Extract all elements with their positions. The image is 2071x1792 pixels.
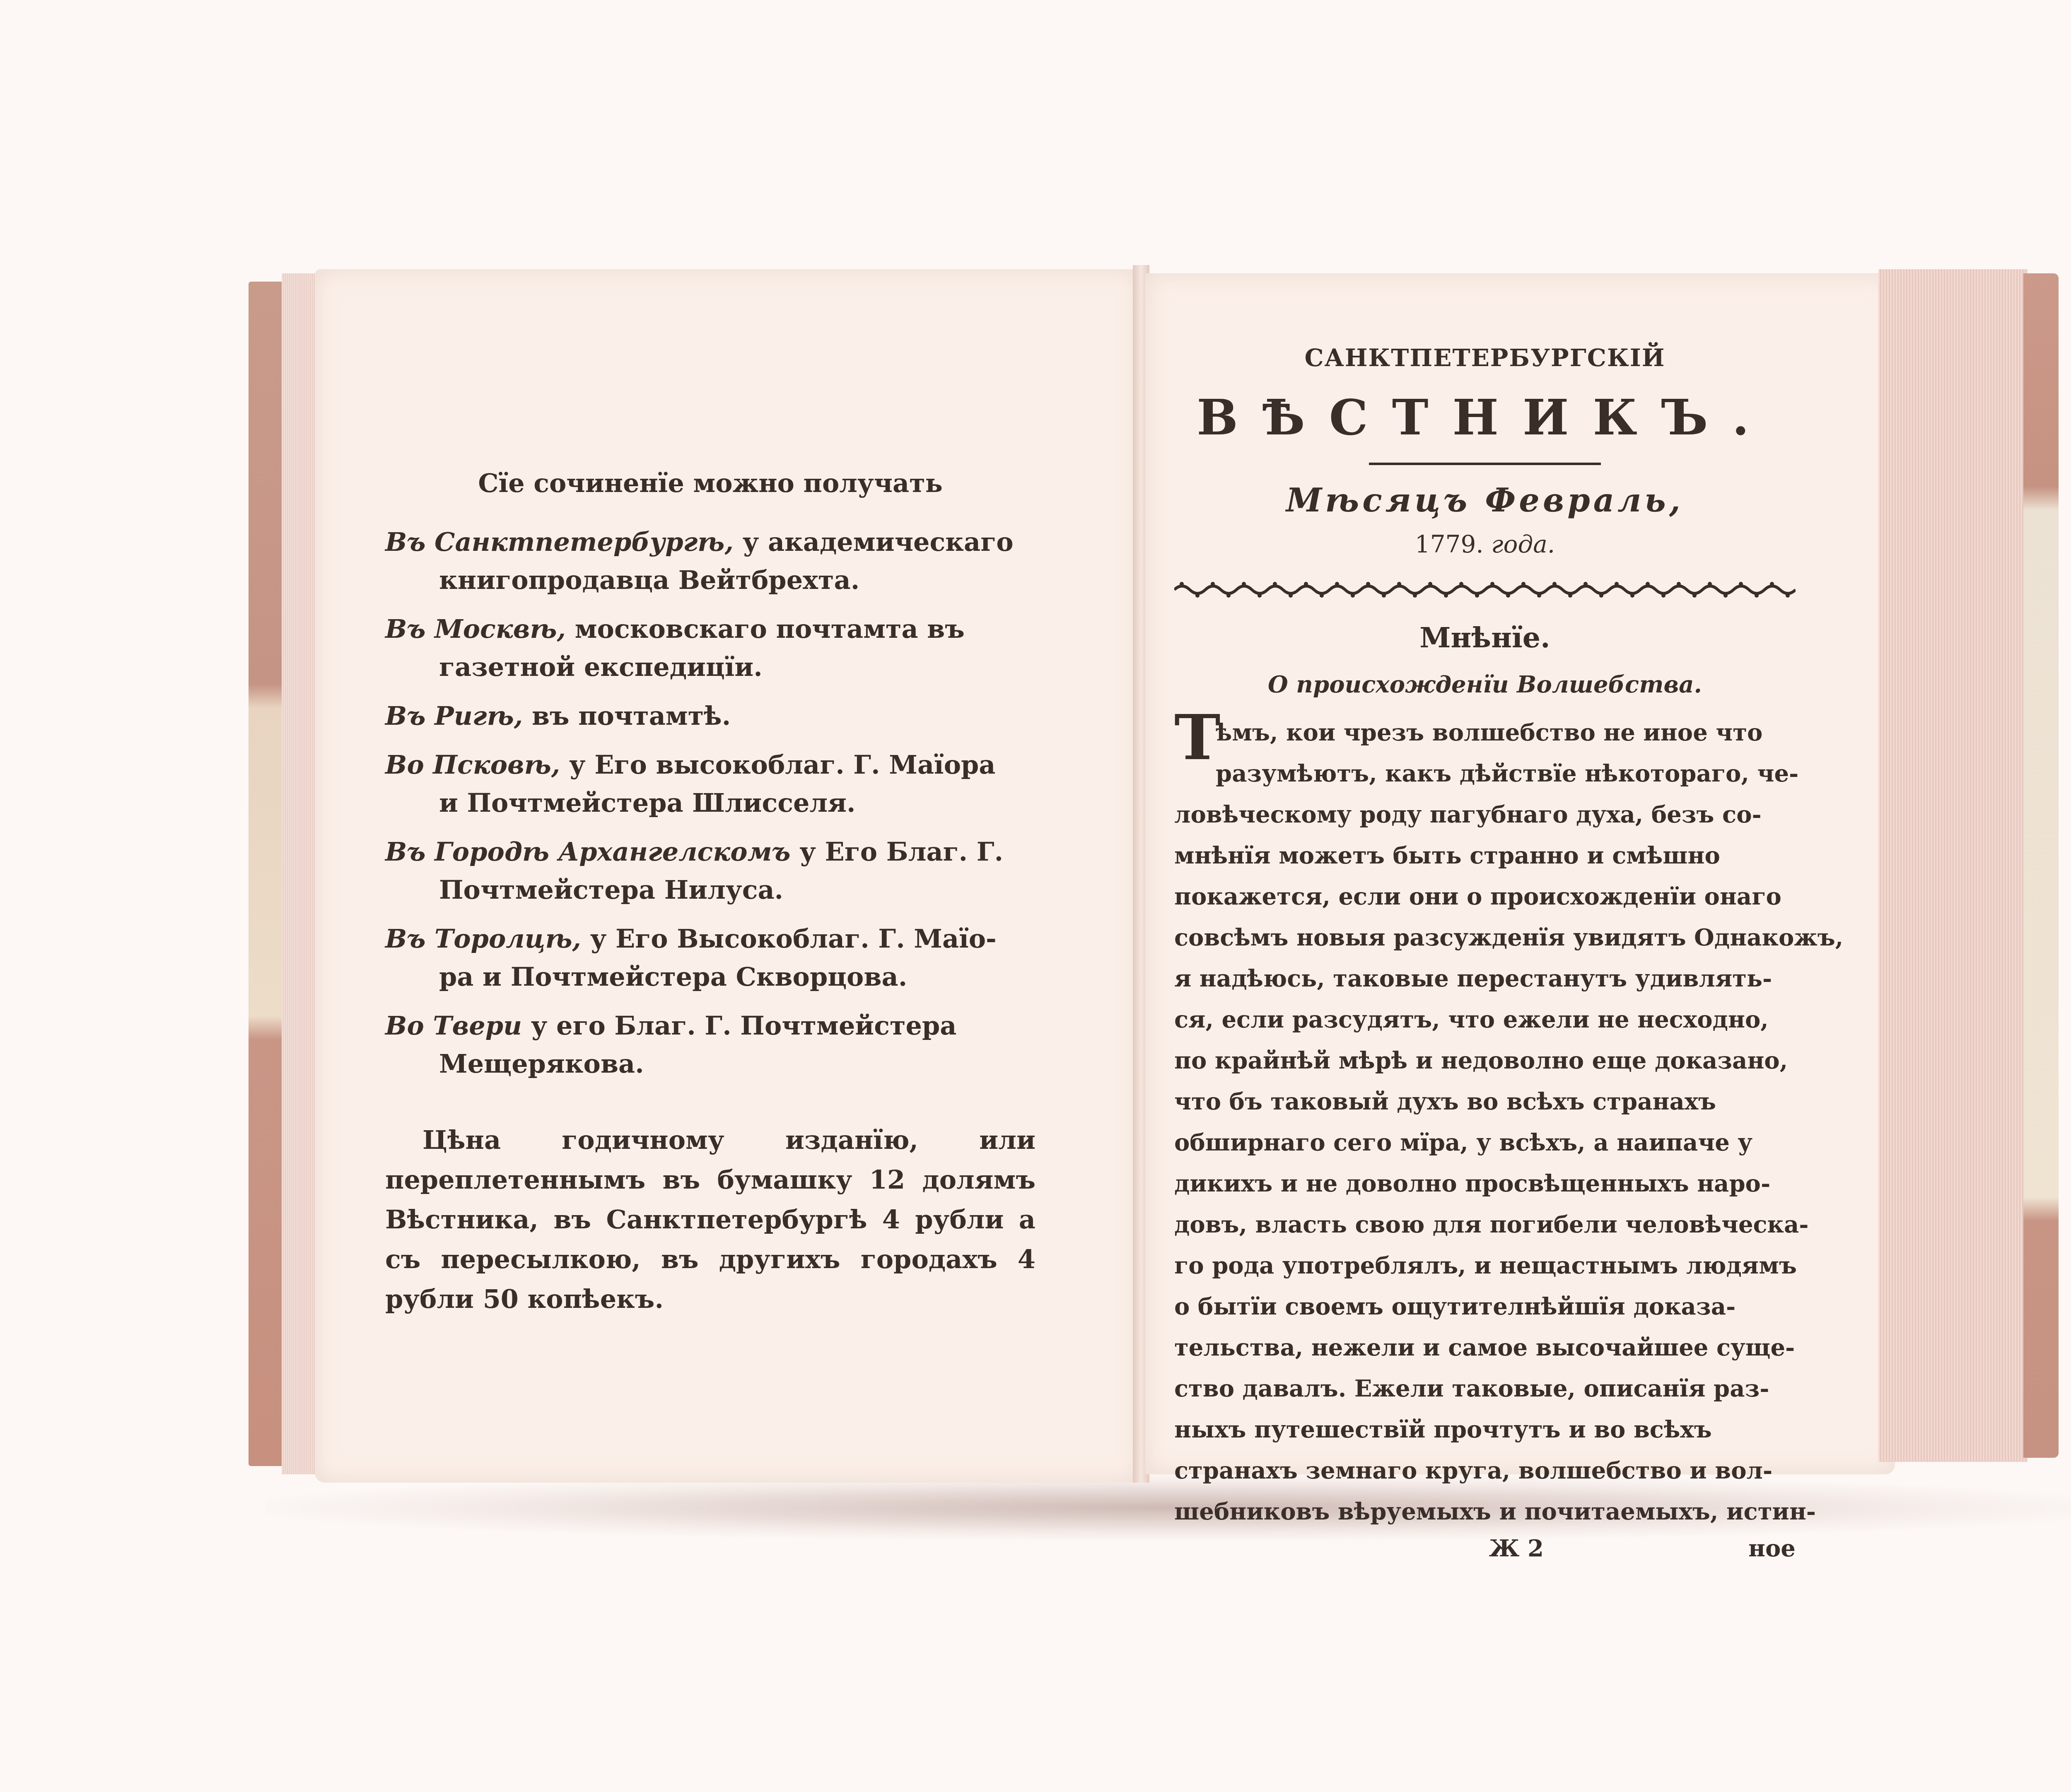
location-detail: у Его Высокоблаг. Г. Маїо- <box>590 924 997 954</box>
body-line-text: довъ, власть свою для погибели человѣчес… <box>1174 1204 1809 1245</box>
article-subtitle: О происхожденїи Волшебства. <box>1174 671 1796 698</box>
body-line: что бъ таковый духъ во всѣхъ странахъ <box>1174 1081 1796 1122</box>
location-entry: Во Псковѣ, у Его высокоблаг. Г. Маїора и… <box>385 746 1035 822</box>
body-line: ся, если разсудятъ, что ежели не несходн… <box>1174 999 1796 1040</box>
location-continuation: и Почтмейстера Шлисселя. <box>385 784 1035 822</box>
location-continuation: газетной експедицїи. <box>385 648 1035 686</box>
right-page-content: САНКТПЕТЕРБУРГСКІЙ ВѢСТНИКЪ. Мѣсяцъ Февр… <box>1174 344 1796 1562</box>
body-line: тельства, нежели и самое высочайшее суще… <box>1174 1327 1796 1368</box>
body-line-text: тельства, нежели и самое высочайшее суще… <box>1174 1327 1795 1368</box>
vine-ornament-divider-icon <box>1174 581 1796 598</box>
article-body: Т ѣмъ, кои чрезъ волшебство не иное что … <box>1174 712 1796 1532</box>
location-entry: Въ Торолцѣ, у Его Высокоблаг. Г. Маїо- р… <box>385 920 1035 996</box>
right-page: САНКТПЕТЕРБУРГСКІЙ ВѢСТНИКЪ. Мѣсяцъ Февр… <box>1145 273 1895 1474</box>
body-line: ловѣческому роду пагубнаго духа, безъ со… <box>1174 794 1796 835</box>
article-title: Мнѣнїе. <box>1174 621 1796 654</box>
year-number: 1779. <box>1415 530 1484 558</box>
body-line-text: шебниковъ вѣруемыхъ и почитаемыхъ, истин… <box>1174 1491 1816 1532</box>
body-line: Т ѣмъ, кои чрезъ волшебство не иное что <box>1174 712 1796 753</box>
location-continuation: Почтмейстера Нилуса. <box>385 871 1035 909</box>
body-line-text: что бъ таковый духъ во всѣхъ странахъ <box>1174 1081 1716 1122</box>
location-detail: у академическаго <box>743 527 1014 557</box>
body-line-text: мнѣнїя можетъ быть странно и смѣшно <box>1174 835 1720 876</box>
body-line: мнѣнїя можетъ быть странно и смѣшно <box>1174 835 1796 876</box>
location-continuation: Мещерякова. <box>385 1045 1035 1083</box>
body-line: по крайнѣй мѣрѣ и недоволно еще доказано… <box>1174 1040 1796 1081</box>
left-page: Сїе сочиненїе можно получать Въ Санктпет… <box>315 269 1139 1483</box>
location-detail: у Его Благ. Г. <box>799 837 1003 867</box>
body-line: ныхъ путешествїй прочтутъ и во всѣхъ <box>1174 1409 1796 1450</box>
location-detail: въ почтамтѣ. <box>532 701 731 731</box>
body-line-text: ловѣческому роду пагубнаго духа, безъ со… <box>1174 794 1762 835</box>
body-line: го рода употреблялъ, и нещастнымъ людямъ <box>1174 1245 1796 1286</box>
location-detail: московскаго почтамта въ <box>575 614 965 644</box>
right-page-edges <box>1878 269 2028 1462</box>
masthead-title: ВѢСТНИКЪ. <box>1174 388 1796 446</box>
location-continuation: книгопродавца Вейтбрехта. <box>385 561 1035 599</box>
price-paragraph: Цѣна годичному изданїю, или переплетенны… <box>385 1120 1035 1319</box>
location-city: Въ Ригѣ, <box>385 701 523 731</box>
location-city: Во Твери <box>385 1011 522 1041</box>
body-line-text: ныхъ путешествїй прочтутъ и во всѣхъ <box>1174 1409 1712 1450</box>
body-line: обширнаго сего мїра, у всѣхъ, а наипаче … <box>1174 1122 1796 1163</box>
body-line: покажется, если они о происхожденїи онаг… <box>1174 876 1796 917</box>
location-continuation: ра и Почтмейстера Скворцова. <box>385 958 1035 996</box>
body-line: странахъ земнаго круга, волшебство и вол… <box>1174 1450 1796 1491</box>
issue-month: Мѣсяцъ Февраль, <box>1174 482 1796 519</box>
body-line: шебниковъ вѣруемыхъ и почитаемыхъ, истин… <box>1174 1491 1796 1532</box>
location-detail: у Его высокоблаг. Г. Маїора <box>569 750 996 780</box>
location-city: Во Псковѣ, <box>385 750 560 780</box>
body-line-text: ся, если разсудятъ, что ежели не несходн… <box>1174 999 1769 1040</box>
location-entry: Въ Санктпетербургѣ, у академическаго кни… <box>385 523 1035 599</box>
catchword: ное <box>1748 1535 1796 1562</box>
body-line: разумѣютъ, какъ дѣйствїе нѣкотораго, че- <box>1174 753 1796 794</box>
location-city: Въ Городѣ Архангелскомъ <box>385 837 791 867</box>
right-cover <box>2023 273 2059 1458</box>
year-word: года. <box>1491 530 1555 558</box>
issue-year: 1779. года. <box>1174 530 1796 558</box>
open-book: Сїе сочиненїе можно получать Въ Санктпет… <box>232 257 2071 1491</box>
body-line: совсѣмъ новыя разсужденїя увидятъ Однако… <box>1174 917 1796 958</box>
availability-header: Сїе сочиненїе можно получать <box>385 468 1035 498</box>
body-line-text: ѣмъ, кои чрезъ волшебство не иное что <box>1216 712 1762 753</box>
body-line: я надѣюсь, таковые перестанутъ удивлять- <box>1174 958 1796 999</box>
body-line-text: по крайнѣй мѣрѣ и недоволно еще доказано… <box>1174 1040 1788 1081</box>
body-line-text: странахъ земнаго круга, волшебство и вол… <box>1174 1450 1772 1491</box>
body-line-text: покажется, если они о происхожденїи онаг… <box>1174 876 1781 917</box>
location-city: Въ Торолцѣ, <box>385 924 581 954</box>
title-rule-divider <box>1369 463 1601 465</box>
body-line-text: разумѣютъ, какъ дѣйствїе нѣкотораго, че- <box>1216 753 1798 794</box>
masthead-subtitle: САНКТПЕТЕРБУРГСКІЙ <box>1174 344 1796 372</box>
page-footer: Ж 2 ное <box>1174 1535 1796 1562</box>
location-entry: Въ Городѣ Архангелскомъ у Его Благ. Г. П… <box>385 833 1035 909</box>
location-entry: Во Твери у его Благ. Г. Почтмейстера Мещ… <box>385 1007 1035 1083</box>
location-detail: у его Благ. Г. Почтмейстера <box>531 1011 957 1041</box>
body-line-text: совсѣмъ новыя разсужденїя увидятъ Однако… <box>1174 917 1843 958</box>
body-line-text: дикихъ и не доволно просвѣщенныхъ наро- <box>1174 1163 1770 1204</box>
body-line-text: ство давалъ. Ежели таковые, описанїя раз… <box>1174 1368 1769 1409</box>
location-city: Въ Москвѣ, <box>385 614 566 644</box>
body-line: дикихъ и не доволно просвѣщенныхъ наро- <box>1174 1163 1796 1204</box>
location-entry: Въ Ригѣ, въ почтамтѣ. <box>385 697 1035 735</box>
body-line-text: го рода употреблялъ, и нещастнымъ людямъ <box>1174 1245 1797 1286</box>
body-line-text: обширнаго сего мїра, у всѣхъ, а наипаче … <box>1174 1122 1752 1163</box>
body-line: о бытїи своемъ ощутителнѣйшїя доказа- <box>1174 1286 1796 1327</box>
signature-mark: Ж 2 <box>1489 1535 1544 1562</box>
left-page-content: Сїе сочиненїе можно получать Въ Санктпет… <box>385 468 1035 1319</box>
location-city: Въ Санктпетербургѣ, <box>385 527 734 557</box>
body-line: довъ, власть свою для погибели человѣчес… <box>1174 1204 1796 1245</box>
location-entry: Въ Москвѣ, московскаго почтамта въ газет… <box>385 610 1035 686</box>
left-cover-spine <box>249 282 286 1466</box>
body-line-text: я надѣюсь, таковые перестанутъ удивлять- <box>1174 958 1772 999</box>
body-line-text: о бытїи своемъ ощутителнѣйшїя доказа- <box>1174 1286 1735 1327</box>
body-line: ство давалъ. Ежели таковые, описанїя раз… <box>1174 1368 1796 1409</box>
